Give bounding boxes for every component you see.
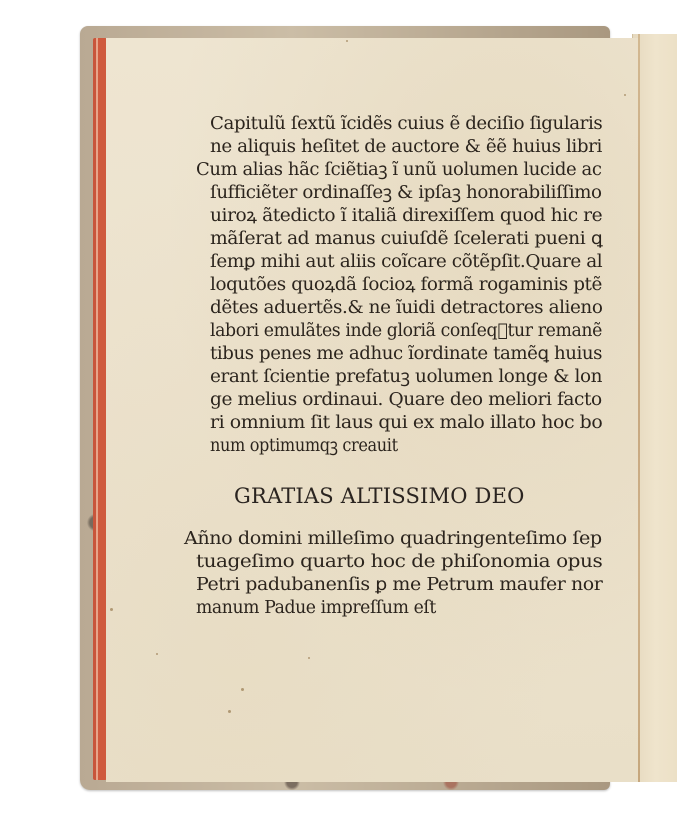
book-page: Capitulũ ſextũ ĩcidẽs cuius ẽ deciſio ſi… <box>106 38 638 782</box>
foxing-spot <box>308 657 310 659</box>
text-line: ne aliquis heſitet de auctore & ẽẽ huius… <box>210 137 602 157</box>
text-line: ſufficiẽter ordinaſſeꝫ & ipſaꝫ honorabil… <box>210 183 602 203</box>
text-line: ri omnium ſit laus qui ex malo illato ho… <box>210 413 602 433</box>
text-line: ge melius ordinaui. Quare deo meliori fa… <box>210 390 602 410</box>
text-line: dẽtes aduertẽs.& ne ĩuidi detractores al… <box>210 298 602 318</box>
text-line: Capitulũ ſextũ ĩcidẽs cuius ẽ deciſio ſi… <box>210 114 602 134</box>
colophon-line: Añno domini milleſimo quadringenteſimo ſ… <box>184 529 602 549</box>
text-line: ſemꝑ mihi aut aliis coĩcare cõtẽpſit.Qua… <box>210 252 602 272</box>
open-book-photo: Capitulũ ſextũ ĩcidẽs cuius ẽ deciſio ſi… <box>0 0 677 828</box>
foxing-spot <box>346 40 348 42</box>
colophon-line: manum Padue impreſſum eſt <box>196 598 436 618</box>
gutter-crease <box>638 34 640 782</box>
foxing-spot <box>110 608 113 611</box>
colophon-heading: GRATIAS ALTISSIMO DEO <box>234 484 525 508</box>
foxing-spot <box>228 710 231 713</box>
text-line: Cum alias hãc ſciẽtiaꝫ ĩ unũ uolumen luc… <box>196 160 602 180</box>
text-line: loqutões quoꝝdã ſocioꝝ formã rogaminis p… <box>210 275 602 295</box>
text-line: mãſerat ad manus cuiuſdẽ ſcelerati pueni… <box>210 229 602 249</box>
foxing-spot <box>241 688 244 691</box>
colophon-line: Petri padubanenſis ꝑ me Petrum maufer no… <box>196 575 602 595</box>
text-line: labori emulãtes inde gloriã conſeqᷓtur r… <box>210 321 602 341</box>
foxing-spot <box>156 653 158 655</box>
text-line: num optimumqꝫ creauit <box>210 436 398 456</box>
foxing-spot <box>624 94 626 96</box>
text-line: uiroꝝ ãtedicto ĩ italiã direxiſſem quod … <box>210 206 602 226</box>
text-line: tibus penes me adhuc ĩordinate tamẽꝗ hui… <box>210 344 602 364</box>
colophon-line: tuageſimo quarto hoc de phiſonomia opus <box>196 552 602 572</box>
red-sprinkled-page-edge <box>93 38 107 780</box>
text-line: erant ſcientie prefatuꝫ uolumen longe & … <box>210 367 602 387</box>
